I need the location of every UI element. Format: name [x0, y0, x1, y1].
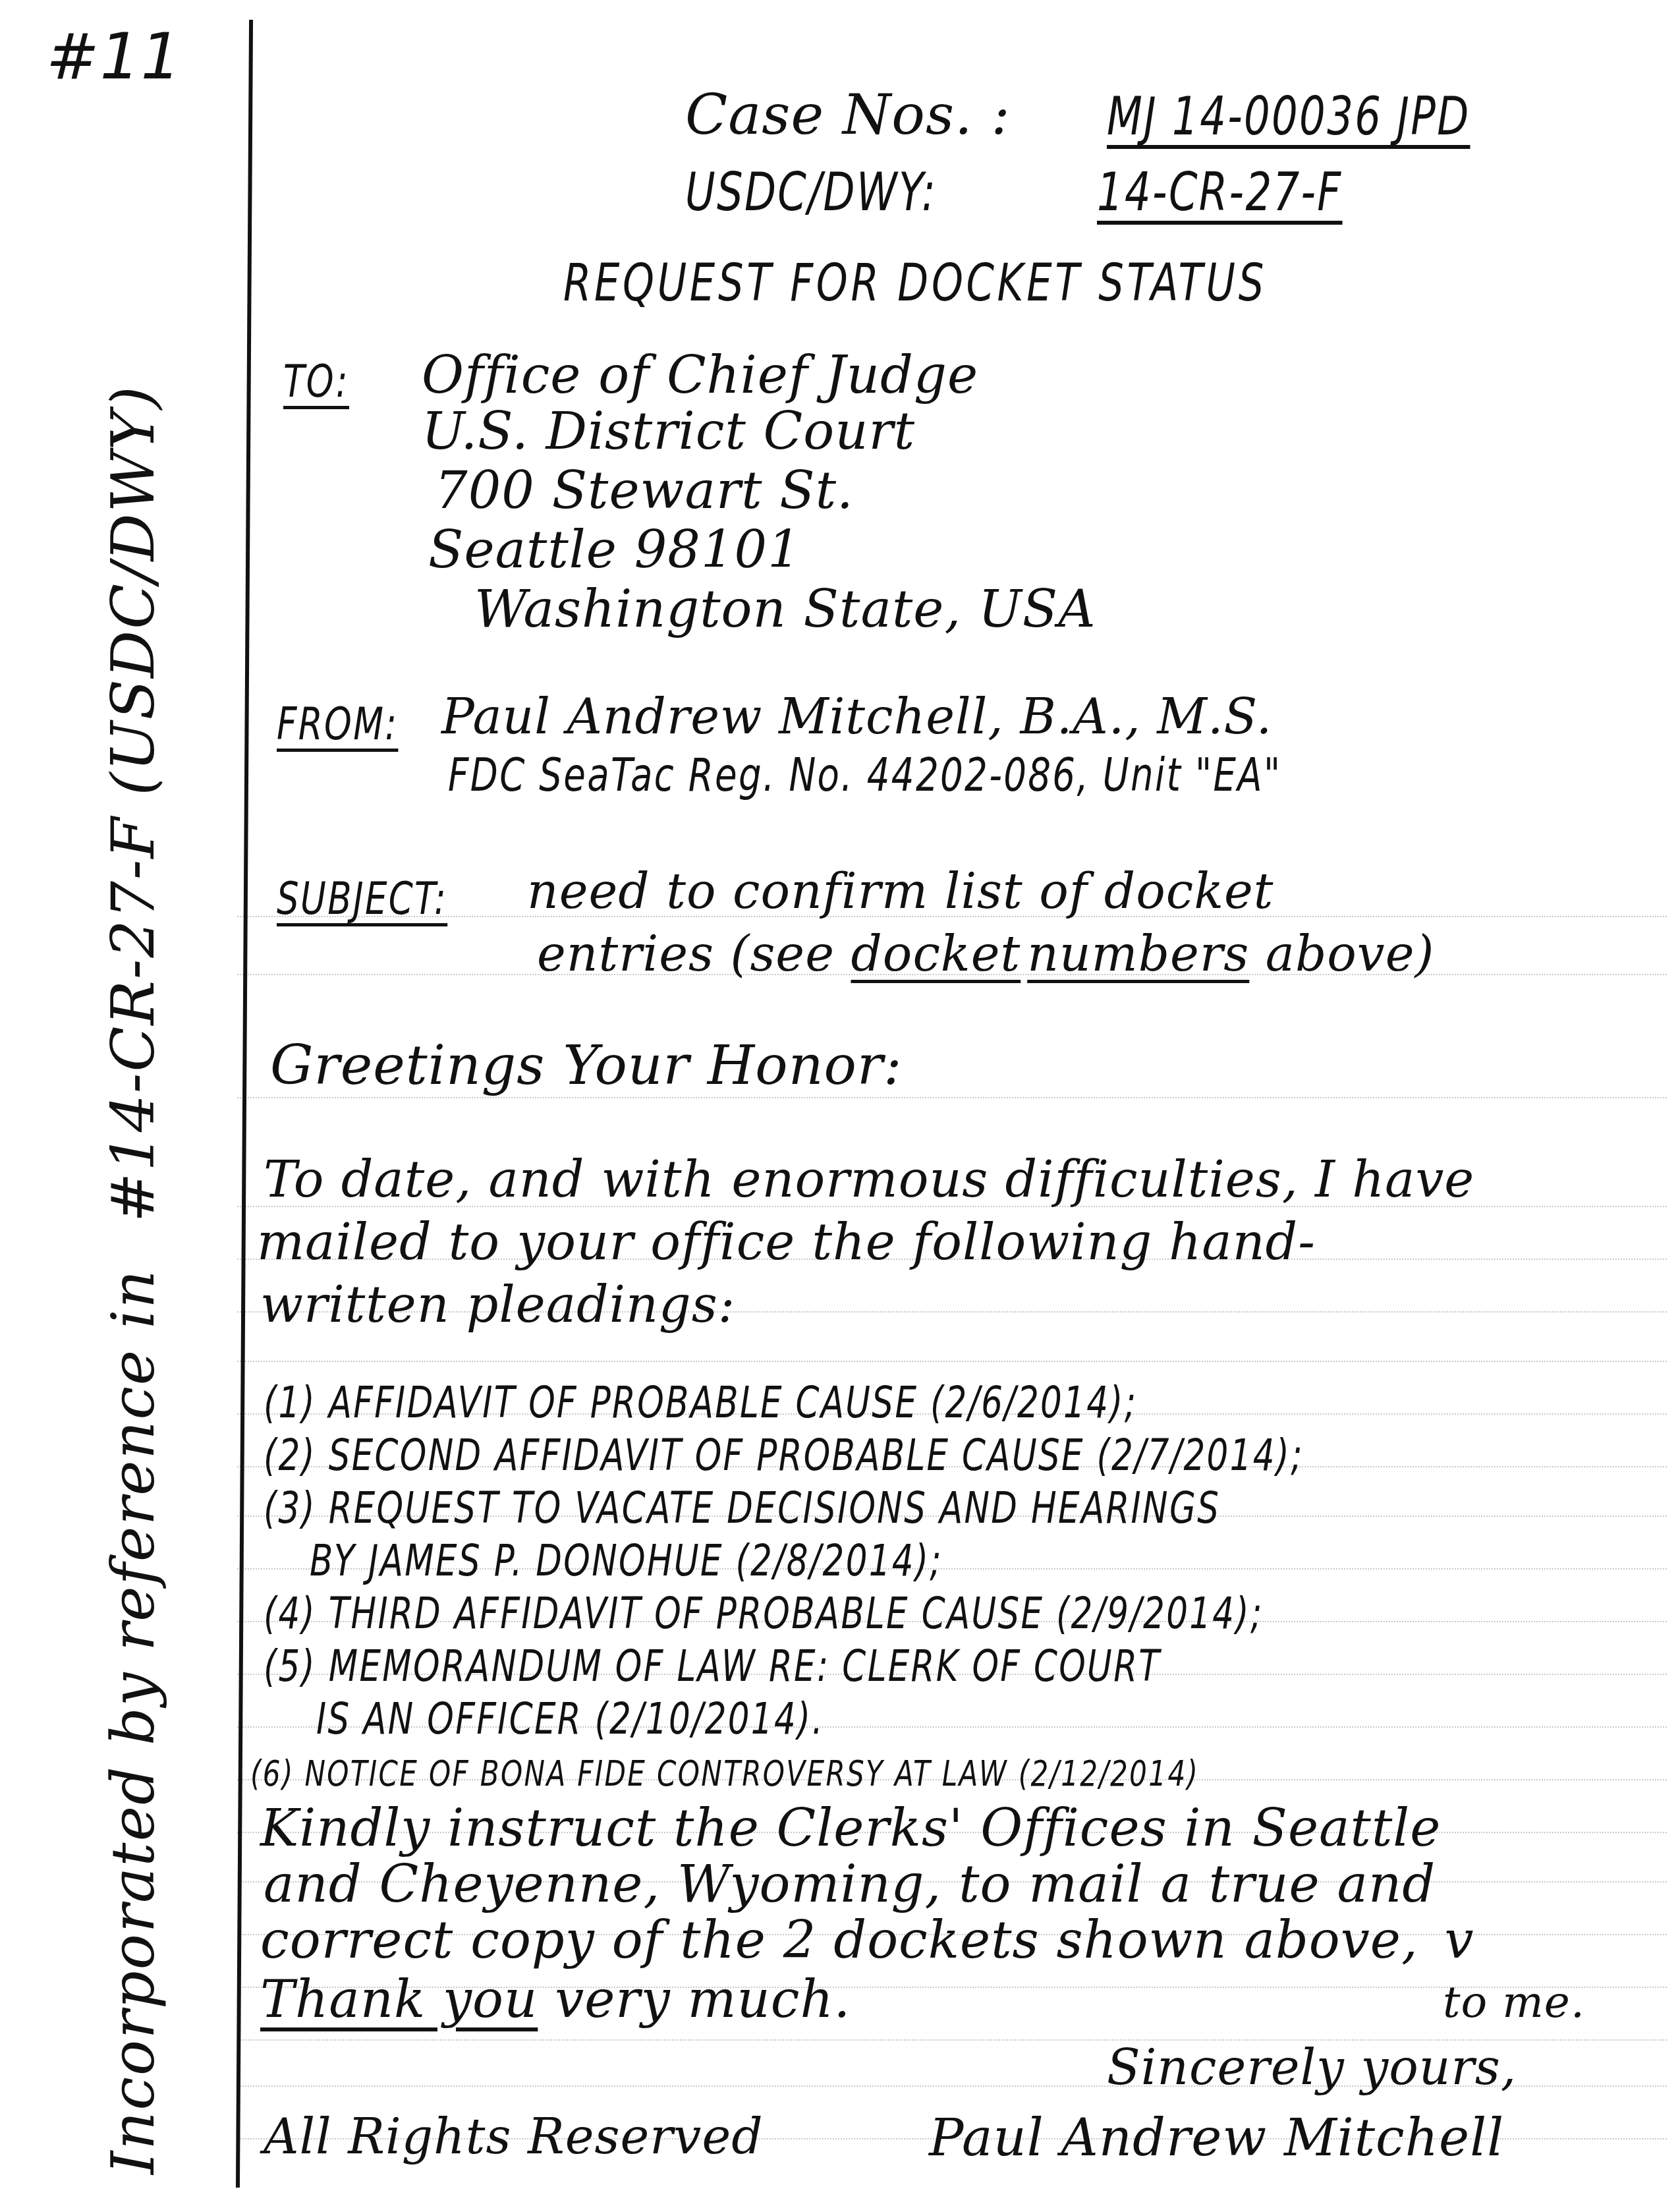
usdc-value: 14-CR-27-F — [1097, 161, 1343, 223]
ruled-line — [237, 1097, 1667, 1098]
request-line: correct copy of the 2 dockets shown abov… — [260, 1911, 1474, 1970]
request-line: Kindly instruct the Clerks' Offices in S… — [260, 1799, 1441, 1858]
page-number: #11 — [46, 20, 182, 94]
subject-label: SUBJECT: — [277, 873, 447, 925]
pleading-item-continued: IS AN OFFICER (2/10/2014). — [316, 1693, 824, 1744]
to-line: Washington State, USA — [474, 580, 1096, 639]
margin-rule — [236, 20, 253, 2188]
signature: Paul Andrew Mitchell — [929, 2109, 1504, 2168]
pleading-item: (1) AFFIDAVIT OF PROBABLE CAUSE (2/6/201… — [264, 1377, 1137, 1428]
to-line: Office of Chief Judge — [422, 346, 978, 405]
subject-line-2: entries (see docketnumbers above) — [537, 926, 1434, 982]
to-label: TO: — [283, 356, 349, 408]
from-line: FDC SeaTac Reg. No. 44202-086, Unit "EA" — [448, 748, 1281, 802]
pleading-item: (3) REQUEST TO VACATE DECISIONS AND HEAR… — [264, 1483, 1220, 1533]
pleading-item-continued: BY JAMES P. DONOHUE (2/8/2014); — [310, 1535, 943, 1586]
pleading-item: (2) SECOND AFFIDAVIT OF PROBABLE CAUSE (… — [264, 1430, 1304, 1481]
thanks-line: Thank you very much. — [260, 1970, 851, 2029]
from-line: Paul Andrew Mitchell, B.A., M.S. — [441, 689, 1272, 745]
to-line: 700 Stewart St. — [435, 461, 854, 521]
margin-note: Incorporated by reference in #14-CR-27-F… — [99, 132, 168, 2174]
from-label: FROM: — [277, 698, 398, 751]
usdc-label: USDC/DWY: — [685, 161, 937, 223]
document-title: REQUEST FOR DOCKET STATUS — [563, 254, 1267, 313]
to-line: Seattle 98101 — [428, 521, 801, 580]
closing: Sincerely yours, — [1107, 2039, 1517, 2096]
insert-mark: v — [1445, 1911, 1474, 1970]
margin-note-case-ref: #14-CR-27-F (USDC/DWY) — [99, 385, 168, 1222]
pleading-item: (5) MEMORANDUM OF LAW RE: CLERK OF COURT — [264, 1641, 1161, 1691]
case-nos-label: Case Nos. : — [685, 82, 1011, 147]
intro-line: written pleadings: — [260, 1275, 735, 1334]
case-nos-value: MJ 14-00036 JPD — [1107, 86, 1470, 147]
subject-numbers-word: numbers — [1027, 926, 1249, 982]
document-page: #11 Incorporated by reference in #14-CR-… — [0, 0, 1680, 2210]
pleading-item: (4) THIRD AFFIDAVIT OF PROBABLE CAUSE (2… — [264, 1588, 1264, 1639]
margin-note-prefix: Incorporated by reference in — [99, 1269, 168, 2174]
intro-line: To date, and with enormous difficulties,… — [264, 1150, 1474, 1208]
ruled-line — [237, 1361, 1667, 1362]
intro-line: mailed to your office the following hand… — [257, 1212, 1316, 1271]
subject-line-1: need to confirm list of docket — [527, 863, 1274, 920]
to-line: U.S. District Court — [422, 402, 915, 461]
pleading-item: (6) NOTICE OF BONA FIDE CONTROVERSY AT L… — [250, 1753, 1199, 1794]
subject-docket-word: docket — [851, 926, 1021, 982]
to-me-insert: to me. — [1443, 1977, 1585, 2027]
thank-you: Thank you — [260, 1970, 538, 2029]
greeting: Greetings Your Honor: — [270, 1034, 903, 1097]
rights-reservation: All Rights Reserved — [264, 2109, 764, 2165]
request-line: and Cheyenne, Wyoming, to mail a true an… — [264, 1855, 1436, 1914]
